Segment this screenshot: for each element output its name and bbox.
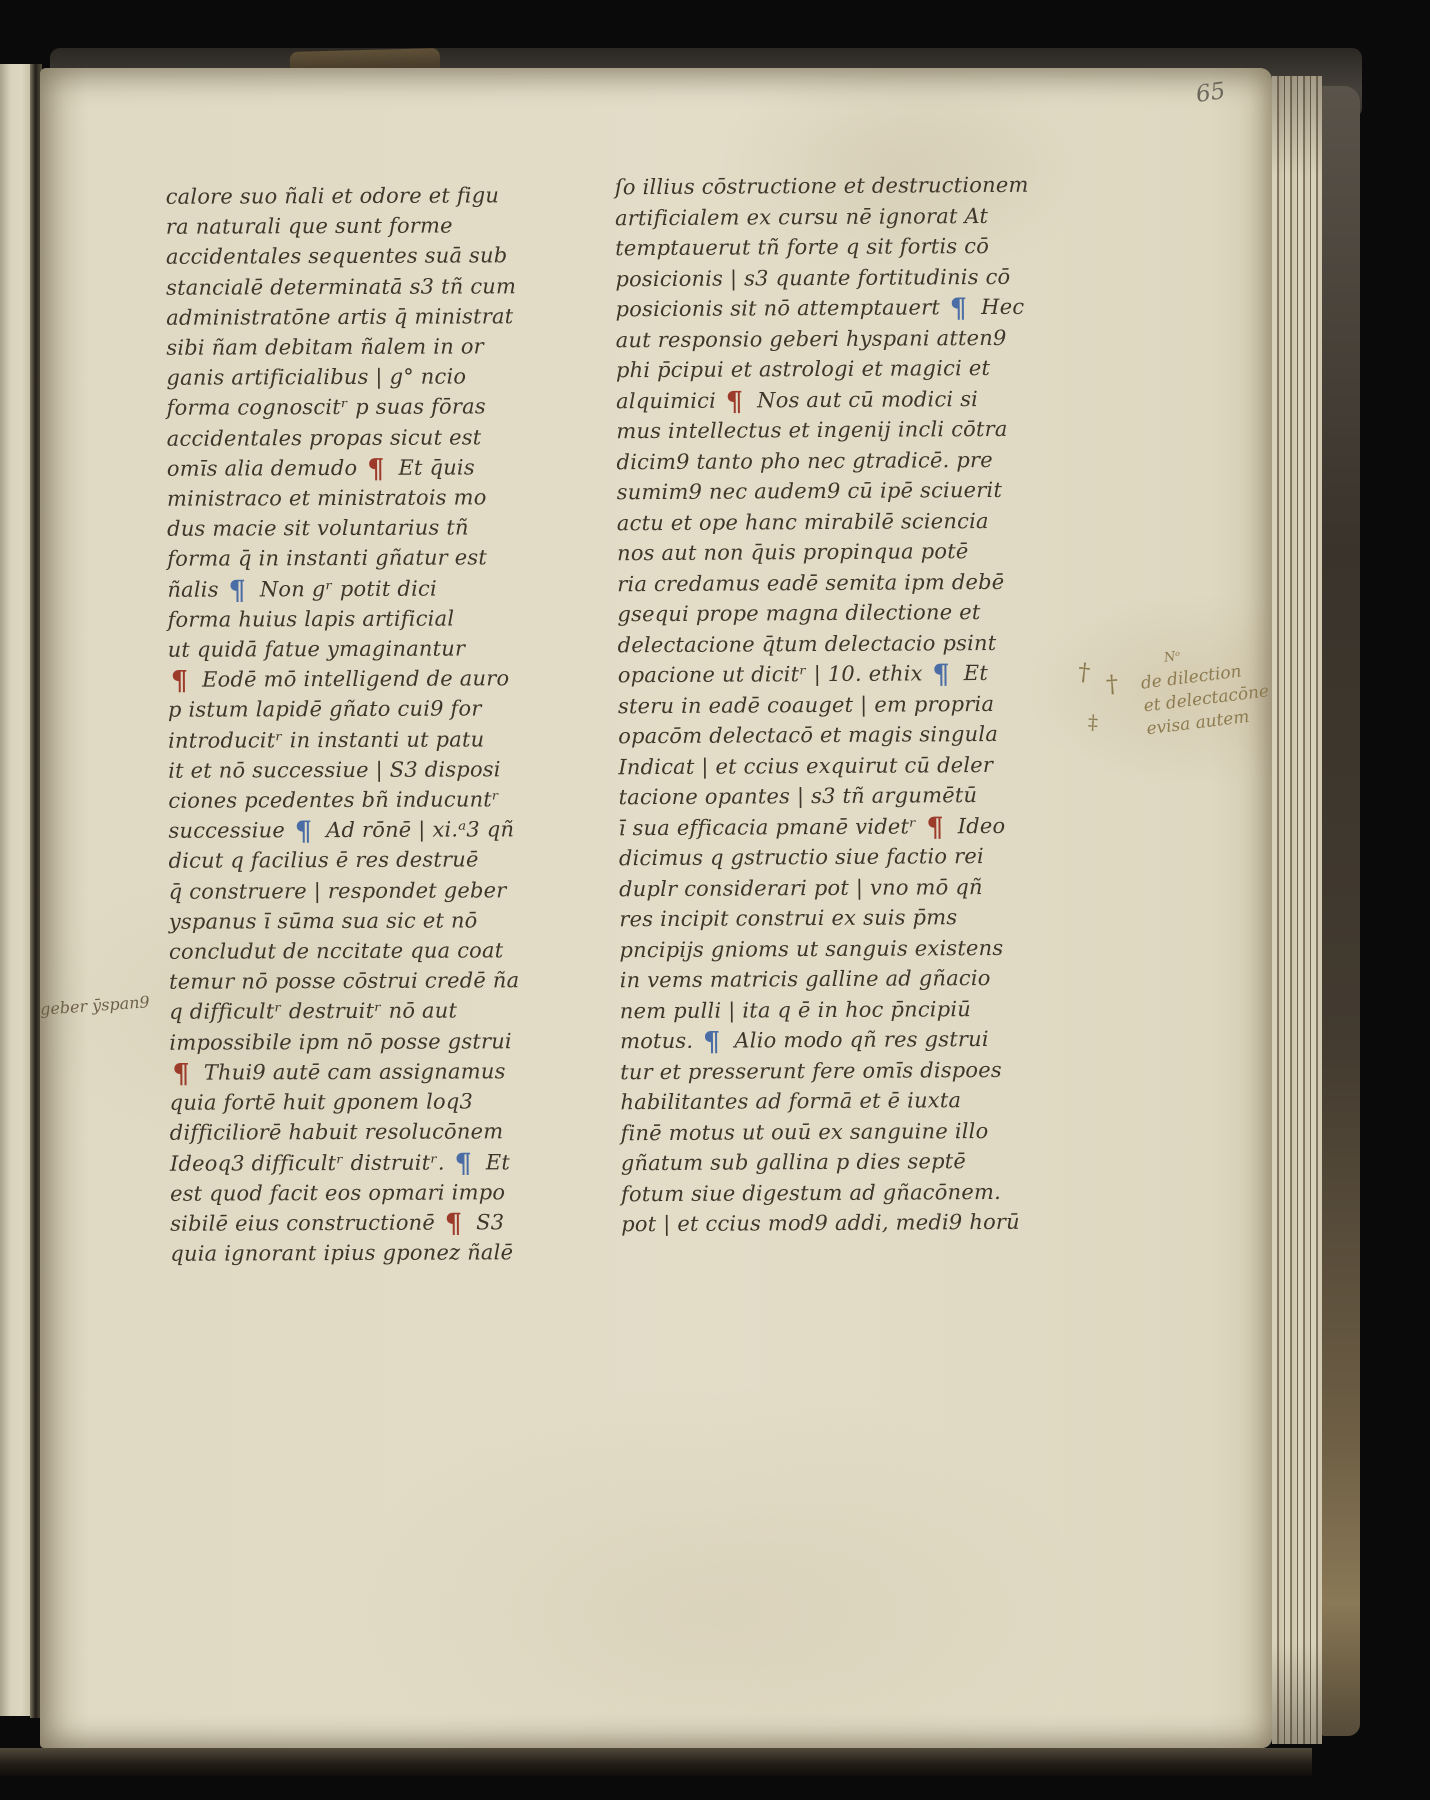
manuscript-line: impossibile ipm nō posse gstrui — [169, 1026, 519, 1058]
manuscript-line: difficiliorē habuit resolucōnem — [170, 1117, 520, 1149]
manuscript-line: Indicat | et ccius exquirut cū deler — [618, 749, 1032, 782]
manuscript-line: ī sua efficacia pmanē videtʳ ¶ Ideo — [619, 810, 1033, 843]
manuscript-line: ¶ Thui9 autē cam assignamus — [169, 1056, 519, 1088]
manuscript-line: gsequi prope magna dilectione et — [617, 597, 1031, 630]
manuscript-line: delectacione q̄tum delectacio psint — [618, 627, 1032, 660]
red-pilcrow-mark: ¶ — [367, 454, 385, 485]
manuscript-line: temptauerut tñ forte q sit fortis cō — [615, 231, 1029, 264]
manuscript-line: omīs alia demudo ¶ Et q̄uis — [167, 452, 517, 484]
manuscript-line: Ideoq3 difficultʳ distruitʳ. ¶ Et — [170, 1147, 520, 1179]
manuscript-line: administratōne artis q̄ ministrat — [166, 301, 516, 333]
manuscript-line: phi p̄cipui et astrologi et magici et — [616, 353, 1030, 386]
manuscript-line: est quod facit eos opmari impo — [170, 1177, 520, 1209]
manuscript-line: motus. ¶ Alio modo qñ res gstrui — [620, 1024, 1034, 1057]
manuscript-line: yspanus ī sūma sua sic et nō — [169, 905, 519, 937]
nota-cross-icon: † — [1105, 670, 1119, 699]
manuscript-line: dicut q facilius ē res destruē — [169, 845, 519, 877]
manuscript-line: ſo illius cōstructione et destructionem — [615, 170, 1029, 203]
manuscript-line: res incipit construi ex suis p̄ms — [619, 902, 1033, 935]
manuscript-line: ministraco et ministratois mo — [167, 482, 517, 514]
manuscript-line: alquimici ¶ Nos aut cū modici si — [616, 383, 1030, 416]
manuscript-line: sibilē eius constructionē ¶ S3 — [170, 1207, 520, 1239]
manuscript-line: accidentales sequentes suā sub — [166, 241, 516, 273]
manuscript-line: posicionis sit nō attemptauert ¶ Hec — [615, 292, 1029, 325]
manuscript-line: sumim9 nec audem9 cū ipē sciuerit — [617, 475, 1031, 508]
manuscript-line: successiue ¶ Ad rōnē | xi.ᵃ3 qñ — [168, 815, 518, 847]
manuscript-line: concludut de nccitate qua coat — [169, 935, 519, 967]
manuscript-line: q̄ construere | respondet geber — [169, 875, 519, 907]
manuscript-line: steru in eadē coauget | em propria — [618, 688, 1032, 721]
red-pilcrow-mark: ¶ — [926, 812, 944, 843]
manuscript-line: introducitʳ in instanti ut patu — [168, 724, 518, 756]
text-column-left: calore suo ñali et odore et figura natur… — [166, 180, 521, 1269]
red-pilcrow-mark: ¶ — [171, 666, 189, 697]
manuscript-line: gñatum sub gallina p dies septē — [621, 1146, 1035, 1179]
manuscript-line: forma cognoscitʳ p suas fōras — [167, 392, 517, 424]
manuscript-line: habilitantes ad formā et ē iuxta — [620, 1085, 1034, 1118]
bottom-cover-edge — [0, 1748, 1312, 1776]
manuscript-line: temur nō posse cōstrui credē ña — [169, 966, 519, 998]
manuscript-line: finē motus ut ouū ex sanguine illo — [621, 1115, 1035, 1148]
nota-cross-icon: ‡ — [1087, 710, 1098, 734]
red-pilcrow-mark: ¶ — [172, 1059, 190, 1090]
manuscript-line: stancialē determinatā s3 tñ cum — [166, 271, 516, 303]
red-pilcrow-mark: ¶ — [445, 1208, 463, 1239]
manuscript-line: ciones pcedentes bñ inducuntʳ — [168, 784, 518, 816]
blue-pilcrow-mark: ¶ — [295, 816, 313, 847]
manuscript-line: dus macie sit voluntarius tñ — [167, 512, 517, 544]
manuscript-line: tacione opantes | s3 tñ argumētū — [618, 780, 1032, 813]
photograph-black-backdrop: { "page": { "folio_number": "65", "colum… — [0, 0, 1430, 1800]
manuscript-line: ganis artificialibus | g° ncio — [166, 361, 516, 393]
manuscript-line: aut responsio geberi hyspani atten9 — [616, 322, 1030, 355]
manuscript-line: ut quidā fatue ymaginantur — [168, 633, 518, 665]
folio-number: 65 — [1194, 78, 1227, 108]
manuscript-line: nem pulli | ita q ē in hoc p̄ncipiū — [620, 993, 1034, 1026]
blue-pilcrow-mark: ¶ — [950, 293, 968, 324]
manuscript-line: sibi ñam debitam ñalem in or — [166, 331, 516, 363]
manuscript-line: ra naturali que sunt forme — [166, 210, 516, 242]
manuscript-line: posicionis | s3 quante fortitudinis cō — [615, 261, 1029, 294]
manuscript-line: dicimus q gstructio siue factio rei — [619, 841, 1033, 874]
manuscript-line: pncipijs gnioms ut sanguis existens — [619, 932, 1033, 965]
blue-pilcrow-mark: ¶ — [932, 659, 950, 690]
manuscript-line: opacōm delectacō et magis singula — [618, 719, 1032, 752]
manuscript-line: opacione ut dicitʳ | 10. ethix ¶ Et — [618, 658, 1032, 691]
manuscript-line: ñalis ¶ Non gʳ potit dici — [167, 573, 517, 605]
manuscript-line: duplr considerari pot | vno mō qñ — [619, 871, 1033, 904]
facing-page-edge — [0, 64, 30, 1716]
blue-pilcrow-mark: ¶ — [703, 1027, 721, 1058]
manuscript-line: quia ignorant ipius gponez ñalē — [170, 1237, 520, 1269]
manuscript-line: q difficultʳ destruitʳ nō aut — [169, 996, 519, 1028]
manuscript-line: actu et ope hanc mirabilē sciencia — [617, 505, 1031, 538]
manuscript-line: in vems matricis galline ad gñacio — [620, 963, 1034, 996]
text-column-right: ſo illius cōstructione et destructionema… — [615, 170, 1035, 1240]
manuscript-line: calore suo ñali et odore et figu — [166, 180, 516, 212]
blue-pilcrow-mark: ¶ — [455, 1148, 473, 1179]
manuscript-line: forma huius lapis artificial — [167, 603, 517, 635]
nota-cross-icon: † — [1077, 657, 1092, 686]
manuscript-line: dicim9 tanto pho nec gtradicē. pre — [616, 444, 1030, 477]
margin-note-dilectione: Nᵒde dilectionet delectacōneevisa autem — [1137, 635, 1273, 742]
manuscript-line: fotum siue digestum ad gñacōnem. — [621, 1176, 1035, 1209]
manuscript-line: ¶ Eodē mō intelligend de auro — [168, 663, 518, 695]
manuscript-line: nos aut non q̄uis propinqua potē — [617, 536, 1031, 569]
manuscript-line: ria credamus eadē semita ipm debē — [617, 566, 1031, 599]
manuscript-line: forma q̄ in instanti gñatur est — [167, 543, 517, 575]
manuscript-line: quia fortē huit gponem loq3 — [170, 1086, 520, 1118]
manuscript-line: it et nō successiue | S3 disposi — [168, 754, 518, 786]
fore-edge-page-stack — [1272, 76, 1322, 1744]
red-pilcrow-mark: ¶ — [726, 386, 744, 417]
manuscript-line: artificialem ex cursu nē ignorat At — [615, 200, 1029, 233]
manuscript-line: tur et presserunt fere omīs dispoes — [620, 1054, 1034, 1087]
blue-pilcrow-mark: ¶ — [228, 575, 246, 606]
manuscript-line: mus intellectus et ingenij incli cōtra — [616, 414, 1030, 447]
manuscript-line: accidentales propas sicut est — [167, 422, 517, 454]
nota-cross-marks: ††‡ — [1074, 652, 1144, 762]
manuscript-line: pot | et ccius mod9 addi, medi9 horū — [621, 1207, 1035, 1240]
leather-cover-edge — [1322, 86, 1360, 1736]
manuscript-line: p istum lapidē gñato cui9 for — [168, 694, 518, 726]
